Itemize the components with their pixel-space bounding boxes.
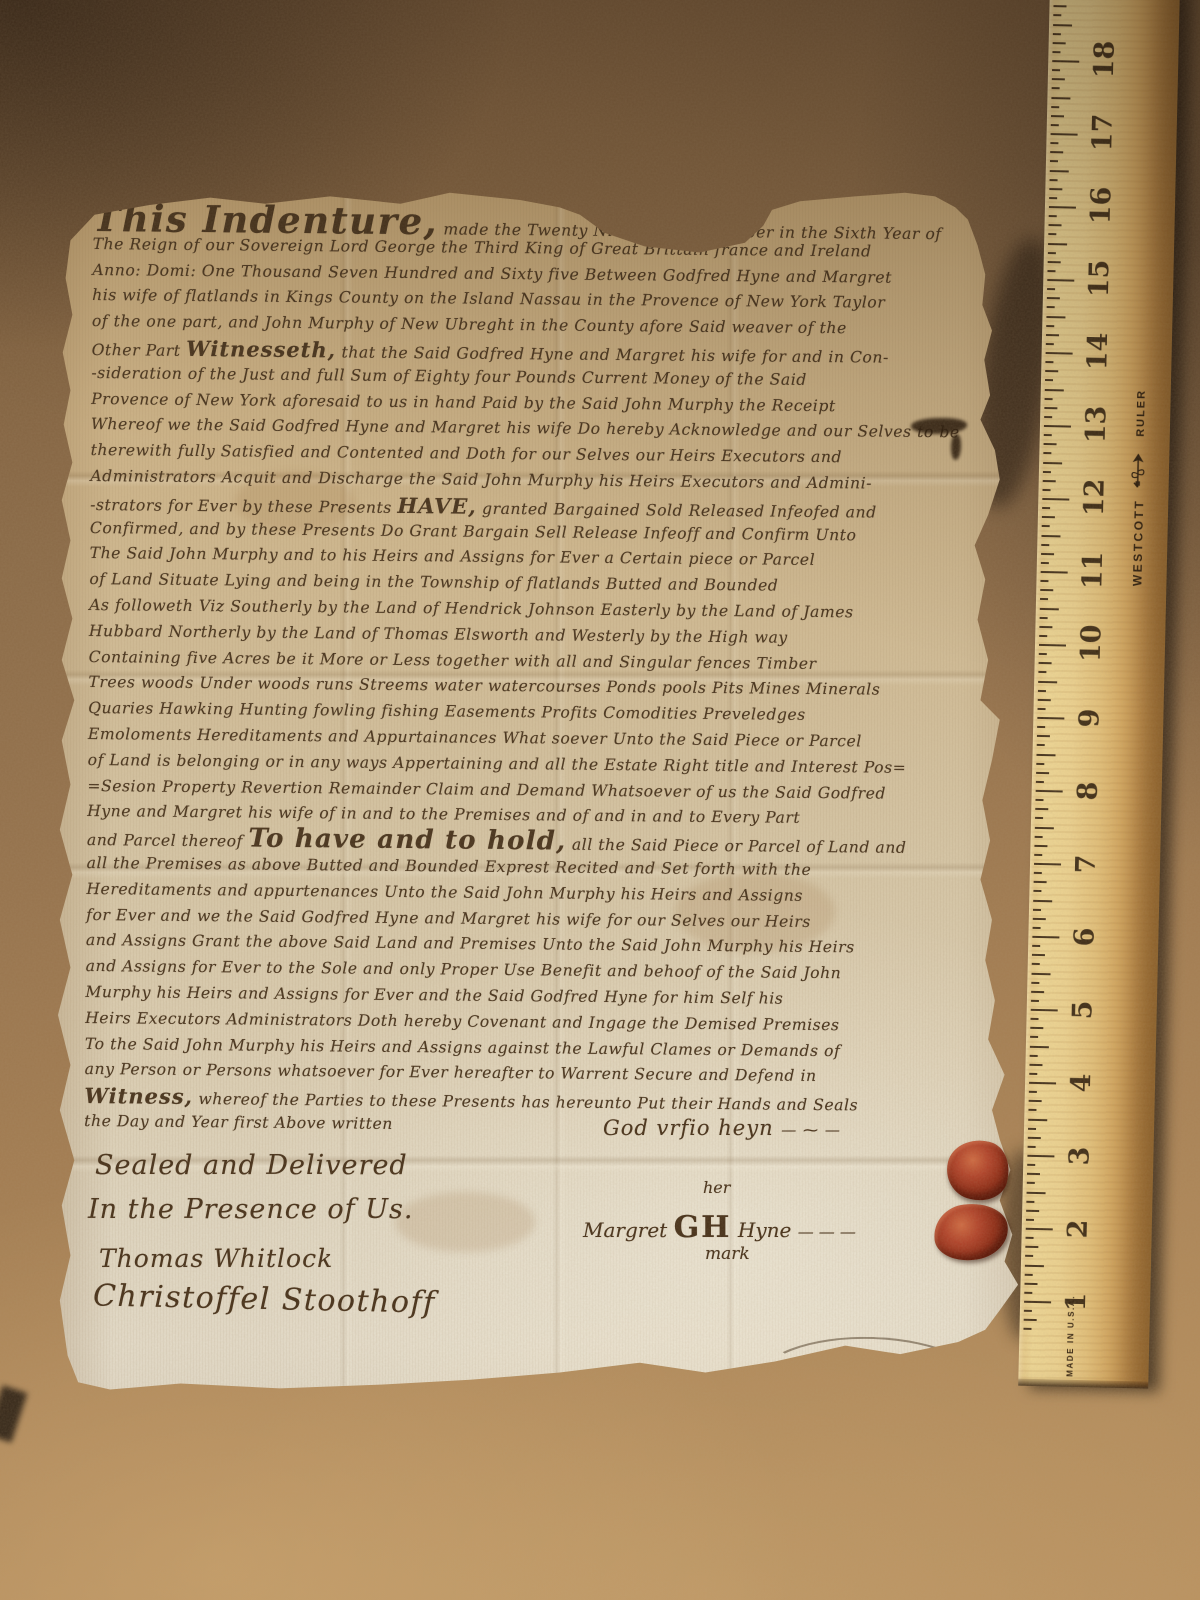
ruler-inch-number: 14 — [1081, 336, 1116, 371]
ruler-tick — [1039, 626, 1052, 628]
ruler-tick — [1047, 288, 1055, 290]
ruler-tick — [1030, 1027, 1043, 1029]
ruler-tick — [1049, 224, 1062, 226]
ruler-tick — [1046, 334, 1059, 336]
ruler-tick — [1025, 1255, 1033, 1257]
ruler-tick — [1044, 443, 1057, 445]
ruler-tick — [1045, 370, 1058, 372]
ruler-tick — [1042, 525, 1050, 527]
ruler-tick — [1050, 170, 1069, 172]
margret-signature: Margret GH Hyne — — — — [583, 1210, 856, 1245]
ruler-tick — [1032, 963, 1040, 965]
ruler-tick — [1045, 361, 1053, 363]
ruler-tick — [1028, 1118, 1047, 1120]
ruler-made-in: MADE IN U.S.A. — [1065, 1295, 1076, 1377]
ruler-inch-number: 9 — [1073, 701, 1108, 736]
weathervane-arrow-icon — [1127, 446, 1154, 491]
ruler-tick — [1027, 1182, 1035, 1184]
ruler-inch-number: 13 — [1080, 409, 1115, 444]
ruler-tick — [1026, 1228, 1053, 1231]
ruler-tick — [1028, 1137, 1041, 1139]
ruler-tick — [1026, 1237, 1034, 1239]
ruler-inch-number: 7 — [1070, 847, 1105, 882]
ruler-tick — [1026, 1210, 1039, 1212]
ruler-tick — [1039, 635, 1047, 637]
ruler-tick — [1046, 343, 1054, 345]
ruler-tick — [1043, 471, 1051, 473]
ruler-tick — [1024, 1283, 1037, 1285]
ruler-tick — [1035, 835, 1043, 837]
ruler-tick — [1035, 799, 1043, 801]
ruler-tick — [1053, 14, 1061, 16]
ruler-inch-number: 17 — [1086, 117, 1121, 152]
ruler-tick — [1031, 1000, 1039, 1002]
ruler-tick — [1041, 534, 1060, 536]
ruler-tick — [1036, 763, 1044, 765]
ruler-tick — [1047, 279, 1074, 282]
ruler-tick — [1032, 972, 1051, 974]
ruler-tick — [1028, 1127, 1036, 1129]
ruler-tick — [1039, 662, 1052, 664]
ruler-tick — [1051, 97, 1070, 99]
ruler-tick — [1052, 60, 1079, 63]
ruler-tick — [1026, 1219, 1034, 1221]
ruler-inch-number: 5 — [1066, 993, 1101, 1028]
ruler-tick — [1050, 151, 1063, 153]
ruler-inch-number: 2 — [1061, 1212, 1096, 1247]
ruler-inch-number: 18 — [1088, 44, 1123, 79]
ruler-tick — [1041, 553, 1054, 555]
ruler-tick — [1052, 69, 1060, 71]
ruler-tick — [1030, 1045, 1049, 1047]
signature-dashes: — ⁓ — — [781, 1121, 841, 1139]
ruler-inch-number: 3 — [1063, 1139, 1098, 1174]
ruler-tick — [1045, 398, 1053, 400]
ruler-tick — [1035, 808, 1048, 810]
ruler-tick — [1033, 890, 1041, 892]
ruler-tick — [1042, 498, 1069, 501]
ruler-tick — [1047, 270, 1055, 272]
document-paper: This Indenture, made the Twenty Ninth Da… — [55, 172, 1020, 1392]
ruler-tick — [1032, 954, 1045, 956]
ruler-tick — [1049, 215, 1057, 217]
ruler-inch-number: 4 — [1065, 1066, 1100, 1101]
ruler-brand: WESTCOTT RULER — [1124, 389, 1154, 587]
ruler-inch-number: 10 — [1075, 628, 1110, 663]
ruler-tick — [1053, 42, 1066, 44]
ruler-tick — [1048, 261, 1061, 263]
ruler-tick — [1031, 981, 1039, 983]
ruler-tick — [1041, 562, 1049, 564]
ruler-tick — [1029, 1073, 1037, 1075]
ruler-tick — [1024, 1319, 1037, 1321]
ruler-tick — [1028, 1109, 1036, 1111]
ruler-tick — [1029, 1082, 1056, 1085]
ruler-tick — [1040, 617, 1048, 619]
ruler-tick — [1025, 1273, 1033, 1275]
ruler-tick — [1026, 1200, 1034, 1202]
ruler-inch-number: 15 — [1083, 263, 1118, 298]
ruler-tick — [1046, 352, 1073, 355]
ruler-tick — [1024, 1292, 1032, 1294]
ruler-tick — [1041, 571, 1068, 574]
ruler-tick — [1047, 306, 1055, 308]
ruler-tick — [1035, 826, 1054, 828]
ruler-tick — [1038, 680, 1057, 682]
ruler-tick — [1034, 845, 1047, 847]
ruler-tick — [1051, 115, 1064, 117]
ruler-tick — [1029, 1100, 1042, 1102]
witness1-signature: Thomas Whitlock — [99, 1244, 333, 1273]
ruler-tick — [1025, 1246, 1038, 1248]
wooden-ruler: 181716151413121110987654321 WESTCOTT RUL… — [1018, 0, 1180, 1389]
ruler-tick — [1038, 671, 1046, 673]
ruler-tick — [1025, 1264, 1044, 1266]
foxing-spot — [395, 1192, 535, 1252]
ruler-tick — [1036, 772, 1049, 774]
ruler-tick — [1028, 1146, 1036, 1148]
grantor-signature: God vrfio heyn — ⁓ — — [603, 1116, 841, 1140]
ruler-tick — [1036, 790, 1063, 793]
ruler-tick — [1052, 87, 1060, 89]
ruler-inch-number: 8 — [1071, 774, 1106, 809]
ruler-tick — [1043, 452, 1051, 454]
witness2-signature: Christoffel Stoothoff — [93, 1278, 436, 1320]
ruler-tick — [1031, 991, 1044, 993]
ruler-tick — [1034, 863, 1061, 866]
ruler-tick — [1036, 753, 1055, 755]
ruler-tick — [1030, 1054, 1038, 1056]
ruler-tick — [1040, 598, 1048, 600]
ruler-inch-number: 1 — [1060, 1285, 1095, 1320]
ruler-tick — [1023, 1328, 1031, 1330]
ruler-tick — [1041, 544, 1049, 546]
ruler-tick — [1030, 1036, 1038, 1038]
ruler-tick — [1038, 708, 1046, 710]
ruler-tick — [1032, 936, 1059, 939]
ruler-tick — [1045, 379, 1053, 381]
ruler-tick — [1049, 206, 1076, 209]
ruler-tick — [1039, 653, 1047, 655]
ruler-tick — [1042, 507, 1050, 509]
presence-text: In the Presence of Us. — [88, 1194, 413, 1225]
ruler-tick — [1034, 854, 1042, 856]
ruler-tick — [1053, 33, 1061, 35]
ruler-inch-number: 6 — [1068, 920, 1103, 955]
ruler-tick — [1049, 197, 1057, 199]
ruler-tick — [1052, 78, 1065, 80]
ruler-tick — [1039, 644, 1066, 647]
ruler-tick — [1024, 1301, 1051, 1304]
ruler-brand-name: WESTCOTT — [1130, 499, 1146, 587]
ruler-inch-number: 11 — [1076, 555, 1111, 590]
her-label: her — [703, 1178, 730, 1197]
ruler-tick — [1033, 899, 1052, 901]
ruler-tick — [1045, 388, 1064, 390]
ruler-tick — [1048, 252, 1056, 254]
ruler-tick — [1037, 717, 1064, 720]
photo-scene: This Indenture, made the Twenty Ninth Da… — [0, 0, 1200, 1600]
ruler-tick — [1048, 243, 1067, 245]
ruler-tick — [1043, 461, 1062, 463]
ruler-tick — [1047, 297, 1060, 299]
ruler-tick — [1053, 5, 1066, 7]
ruler-tick — [1044, 407, 1057, 409]
ruler-tick — [1040, 589, 1053, 591]
mark-label: mark — [705, 1244, 750, 1264]
ruler-tick — [1027, 1155, 1054, 1158]
pen-arc — [754, 1333, 992, 1392]
ruler-tick — [1050, 179, 1058, 181]
ruler-tick — [1046, 325, 1054, 327]
ruler-tick — [1033, 927, 1041, 929]
signature-dashes: — — — — [798, 1222, 856, 1241]
ruler-tick — [1027, 1173, 1040, 1175]
ruler-brand-word: RULER — [1135, 389, 1148, 437]
ruler-tick — [1050, 142, 1058, 144]
ruler-tick — [1038, 699, 1051, 701]
ruler-tick — [1053, 24, 1072, 26]
ruler-tick — [1040, 607, 1059, 609]
document-text: This Indenture, made the Twenty Ninth Da… — [84, 206, 986, 1143]
ruler-tick — [1044, 425, 1071, 428]
ruler-tick — [1037, 735, 1050, 737]
ruler-tick — [1042, 516, 1055, 518]
ruler-tick — [1037, 726, 1045, 728]
ruler-tick — [1050, 160, 1058, 162]
ruler-tick — [1044, 434, 1052, 436]
ruler-tick — [1030, 1018, 1038, 1020]
ruler-tick — [1052, 51, 1060, 53]
ruler-tick — [1040, 580, 1048, 582]
ruler-tick — [1051, 124, 1059, 126]
ruler-tick — [1034, 881, 1047, 883]
ruler-tick — [1051, 133, 1078, 136]
ruler-tick — [1029, 1091, 1037, 1093]
ruler-inch-number: 16 — [1085, 190, 1120, 225]
ruler-tick — [1033, 918, 1046, 920]
ruler-tick — [1044, 416, 1052, 418]
ruler-tick — [1027, 1164, 1035, 1166]
ruler-inch-number: 12 — [1078, 482, 1113, 517]
ruler-tick — [1034, 872, 1042, 874]
margret-mark-initials: GH — [674, 1210, 732, 1245]
ruler-tick — [1031, 1009, 1058, 1012]
ruler-tick — [1027, 1191, 1046, 1193]
ruler-tick — [1029, 1064, 1042, 1066]
ruler-tick — [1048, 233, 1056, 235]
ruler-tick — [1046, 316, 1065, 318]
ruler-tick — [1049, 188, 1062, 190]
ruler-tick — [1038, 690, 1046, 692]
ruler-tick — [1051, 106, 1059, 108]
ruler-tick — [1036, 781, 1044, 783]
ruler-tick — [1024, 1310, 1032, 1312]
ruler-tick — [1042, 489, 1050, 491]
ruler-tick — [1037, 744, 1045, 746]
ruler-tick — [1033, 908, 1041, 910]
sealed-delivered-text: Sealed and Delivered — [95, 1150, 408, 1181]
ruler-tick — [1043, 480, 1056, 482]
cardboard-edge-notch — [0, 1385, 27, 1442]
ruler-tick — [1032, 945, 1040, 947]
ruler-tick — [1035, 817, 1043, 819]
